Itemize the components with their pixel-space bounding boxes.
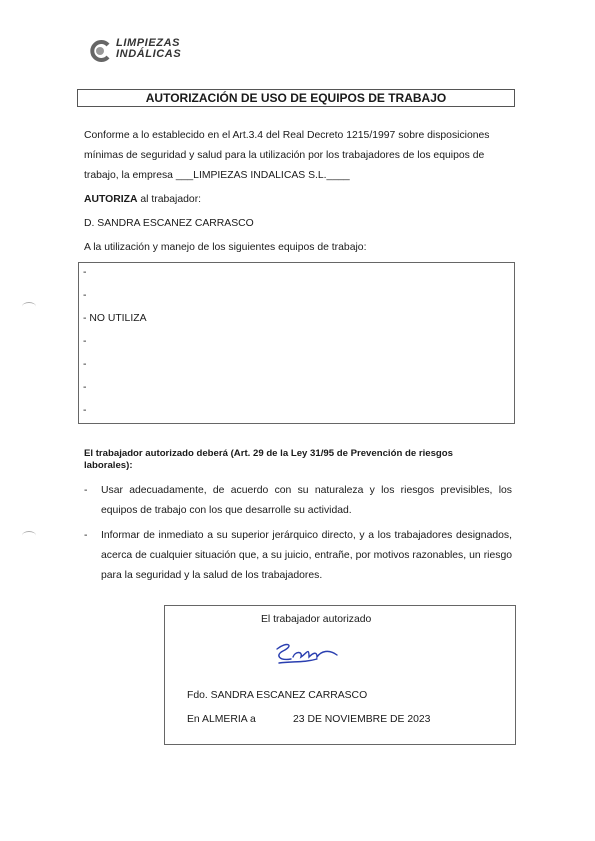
equipment-item: - NO UTILIZA xyxy=(83,313,147,324)
authorizes-line: AUTORIZA al trabajador: xyxy=(84,190,516,210)
punch-hole-mark xyxy=(22,531,36,540)
duty-text: Informar de inmediato a su superior jerá… xyxy=(101,526,512,586)
signature-title: El trabajador autorizado xyxy=(261,614,371,625)
equipment-item: - xyxy=(83,359,86,370)
equipment-item: - xyxy=(83,290,86,301)
equipment-item: - xyxy=(83,405,86,416)
equipment-item: - xyxy=(83,336,86,347)
equipment-list: - - - NO UTILIZA - - - - xyxy=(78,262,515,424)
duty-text: Usar adecuadamente, de acuerdo con su na… xyxy=(101,481,512,521)
duty-dash: - xyxy=(84,481,87,501)
intro-line-2: mínimas de seguridad y salud para la uti… xyxy=(84,146,516,166)
intro-paragraph: Conforme a lo establecido en el Art.3.4 … xyxy=(84,126,516,186)
signed-by: Fdo. SANDRA ESCANEZ CARRASCO xyxy=(187,690,367,701)
authorizes-label: AUTORIZA xyxy=(84,194,138,205)
intro-line-3: trabajo, la empresa ___LIMPIEZAS INDALIC… xyxy=(84,166,516,186)
authorizes-rest: al trabajador: xyxy=(138,194,202,205)
company-name: LIMPIEZAS INDÁLICAS xyxy=(116,38,181,60)
logo-line-2: INDÁLICAS xyxy=(116,49,181,60)
equipment-item: - xyxy=(83,382,86,393)
duties-title: El trabajador autorizado deberá (Art. 29… xyxy=(84,448,504,472)
signature-date: 23 DE NOVIEMBRE DE 2023 xyxy=(293,714,430,725)
duty-item: - Informar de inmediato a su superior je… xyxy=(84,526,512,586)
equipment-intro: A la utilización y manejo de los siguien… xyxy=(84,238,516,258)
signature-box: El trabajador autorizado Fdo. SANDRA ESC… xyxy=(164,605,516,745)
equipment-item: - xyxy=(83,267,86,278)
document-title: AUTORIZACIÓN DE USO DE EQUIPOS DE TRABAJ… xyxy=(77,89,515,107)
punch-hole-mark xyxy=(22,302,36,311)
intro-line-1: Conforme a lo establecido en el Art.3.4 … xyxy=(84,126,516,146)
duty-item: - Usar adecuadamente, de acuerdo con su … xyxy=(84,481,512,521)
company-logo: LIMPIEZAS INDÁLICAS xyxy=(88,38,238,70)
company-logo-icon xyxy=(88,40,112,62)
duty-dash: - xyxy=(84,526,87,546)
signature-place: En ALMERIA a xyxy=(187,714,256,725)
handwritten-signature-icon xyxy=(273,639,343,669)
worker-name: D. SANDRA ESCANEZ CARRASCO xyxy=(84,214,516,234)
